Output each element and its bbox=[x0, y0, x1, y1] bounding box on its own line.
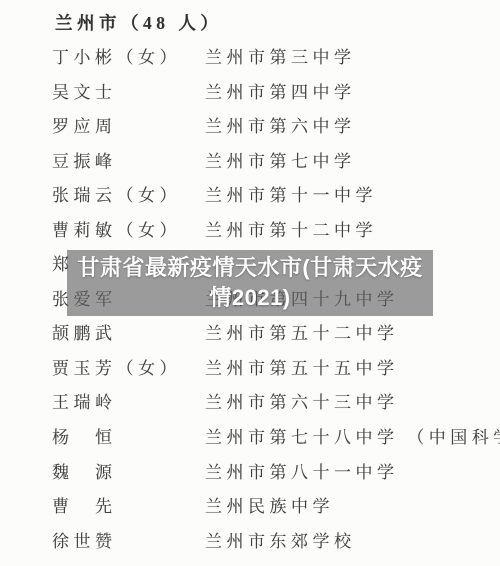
school-name: 兰州市第六中学 bbox=[205, 117, 500, 137]
roster-row: 王瑞岭 兰州市第六十三中学 bbox=[0, 393, 500, 428]
roster-row: 吴文士 兰州市第四中学 bbox=[0, 83, 500, 118]
watermark-caption-line1: 甘肃省最新疫情天水市(甘肃天水疫 bbox=[67, 253, 433, 283]
roster-row: 罗应周 兰州市第六中学 bbox=[0, 117, 500, 152]
roster-row: 张瑞云（女） 兰州市第十一中学 bbox=[0, 186, 500, 221]
school-name: 兰州市第七中学 bbox=[205, 152, 500, 172]
school-name: 兰州市第八十一中学 bbox=[205, 463, 500, 483]
roster-row: 丁小彬（女） 兰州市第三中学 bbox=[0, 48, 500, 83]
document-page: 兰州市（48 人） 丁小彬（女） 兰州市第三中学 吴文士 兰州市第四中学 罗应周… bbox=[0, 0, 500, 566]
person-name: 吴文士 bbox=[52, 83, 205, 103]
roster-row: 曹 先 兰州民族中学 bbox=[0, 497, 500, 532]
person-name: 魏 源 bbox=[52, 463, 205, 483]
person-name: 曹莉敏（女） bbox=[52, 221, 205, 241]
school-name: 兰州市第十一中学 bbox=[205, 186, 500, 206]
roster-row: 贾玉芳（女） 兰州市第五十五中学 bbox=[0, 359, 500, 394]
person-name: 徐世赞 bbox=[52, 532, 205, 552]
roster-row: 徐世赞 兰州市东郊学校 bbox=[0, 532, 500, 566]
school-name: 兰州市第十二中学 bbox=[205, 221, 500, 241]
person-name: 罗应周 bbox=[52, 117, 205, 137]
roster-row: 颉鹏武 兰州市第五十二中学 bbox=[0, 324, 500, 359]
person-name: 张瑞云（女） bbox=[52, 186, 205, 206]
school-name: 兰州市第五十二中学 bbox=[205, 324, 500, 344]
page-title: 兰州市（48 人） bbox=[55, 0, 500, 48]
person-name: 杨 恒 bbox=[52, 428, 205, 448]
watermark-caption-line2: 情2021) bbox=[67, 283, 433, 313]
person-name: 曹 先 bbox=[52, 497, 205, 517]
roster-row: 豆振峰 兰州市第七中学 bbox=[0, 152, 500, 187]
roster-row: 杨 恒 兰州市第七十八中学 （中国科学院 bbox=[0, 428, 500, 463]
watermark-caption: 甘肃省最新疫情天水市(甘肃天水疫 情2021) bbox=[67, 250, 433, 316]
person-name: 王瑞岭 bbox=[52, 393, 205, 413]
person-name: 贾玉芳（女） bbox=[52, 359, 205, 379]
roster-row: 魏 源 兰州市第八十一中学 bbox=[0, 463, 500, 498]
person-name: 丁小彬（女） bbox=[52, 48, 205, 68]
school-name: 兰州市第四中学 bbox=[205, 83, 500, 103]
school-name: 兰州市第五十五中学 bbox=[205, 359, 500, 379]
school-name: 兰州市第三中学 bbox=[205, 48, 500, 68]
school-name: 兰州市东郊学校 bbox=[205, 532, 500, 552]
school-name: 兰州市第七十八中学 （中国科学院 bbox=[205, 428, 500, 448]
person-name: 颉鹏武 bbox=[52, 324, 205, 344]
school-name: 兰州市第六十三中学 bbox=[205, 393, 500, 413]
school-name: 兰州民族中学 bbox=[205, 497, 500, 517]
person-name: 豆振峰 bbox=[52, 152, 205, 172]
